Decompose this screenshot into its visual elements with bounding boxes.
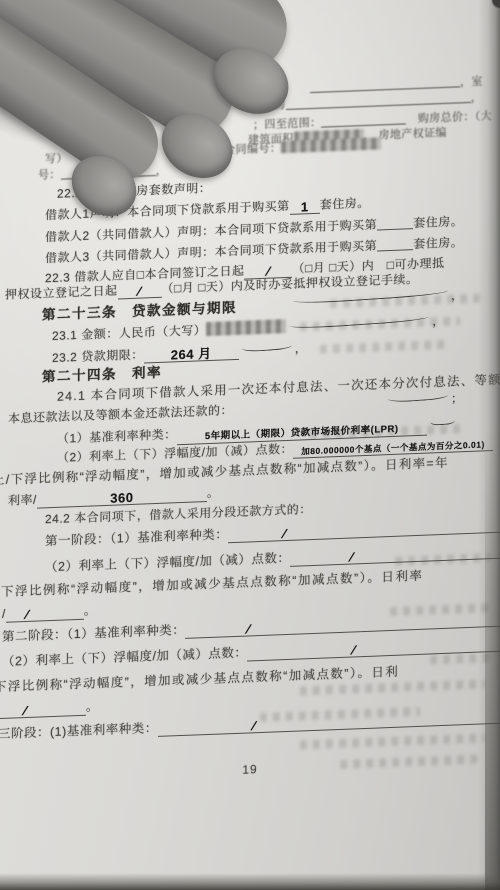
pen-stroke [289, 311, 429, 330]
printed-text: 套住房。 [320, 196, 370, 212]
bleed-through-mark [300, 733, 485, 749]
printed-text: 住房 [263, 99, 286, 112]
printed-text: ， [295, 341, 308, 355]
document-line: 本息还款法以及等额本金还款法还款的： [8, 403, 233, 427]
document-text-layer: 19 ，室住房，；四至范围： 购房总价：（大建筑面积． 房地产权证编写）（购房合… [0, 0, 500, 890]
printed-text: 写） [45, 152, 68, 165]
printed-text: 套住房。 [413, 214, 463, 230]
blank-underline [377, 236, 413, 251]
printed-text: ， [451, 288, 464, 302]
document-line: ∕。 [0, 699, 99, 719]
bleed-through-mark [320, 340, 450, 354]
handwritten-fill: 264 月 [144, 346, 239, 364]
printed-text: 号： [38, 169, 61, 182]
document-line: 号：， [38, 162, 167, 184]
blank-underline [321, 110, 406, 127]
printed-text: 押权设立登记之日起 [5, 283, 118, 301]
redaction-blur [206, 319, 286, 336]
printed-text: （□月 □天）内 □可办理抵 [292, 256, 444, 276]
printed-text: 。 [86, 699, 99, 713]
printed-text: 利率/ [8, 493, 37, 508]
printed-text: ， [156, 165, 167, 177]
document-line: 第二十三条 贷款金额与期限 [42, 300, 237, 322]
printed-text: 三阶段：(1)基准利率种类： [0, 721, 158, 741]
document-line: （购房合同编号： [190, 137, 381, 159]
document-line: /∕。 [2, 603, 96, 623]
paper-corner-mark [491, 0, 500, 9]
blank-underline [377, 215, 413, 230]
handwritten-fill: 1 [290, 200, 320, 215]
printed-text: 借款人1声明：本合同项下贷款系用于购买第 [45, 199, 290, 222]
blank-underline [61, 162, 156, 180]
printed-text: 第二十三条 贷款金额与期限 [42, 300, 237, 322]
printed-text: 第二阶段：（1）基准利率种类： [2, 623, 185, 644]
handwritten-fill: 加80.000000个基点（一个基点为百分之0.01) [293, 437, 493, 459]
handwritten-fill: ∕ [0, 702, 86, 719]
pen-stroke [388, 389, 448, 403]
pen-stroke [242, 339, 292, 352]
printed-text: ， [432, 314, 445, 328]
printed-text: 23.2 贷款期限： [52, 347, 144, 365]
document-photo: 19 ，室住房，；四至范围： 购房总价：（大建筑面积． 房地产权证编写）（购房合… [0, 0, 500, 890]
printed-text: 。 [84, 603, 97, 617]
paper-bottom-edge [0, 873, 500, 890]
document-line: 第二十四条 利率 [42, 365, 162, 385]
printed-text: （购房合同编号： [190, 142, 281, 158]
printed-text: 本息还款法以及等额本金还款法还款的： [8, 403, 233, 426]
printed-text: 23.1 金额：人民币（大写） [52, 323, 206, 343]
handwritten-fill: ∕ [118, 284, 162, 300]
handwritten-fill: ∕ [228, 517, 500, 543]
handwritten-fill: ∕ [6, 606, 84, 623]
printed-text: 。 [207, 486, 220, 500]
document-line: 23.2 贷款期限：264 月， [52, 339, 307, 367]
handwritten-fill: ∕ [185, 612, 500, 639]
handwritten-fill: 360 [37, 488, 207, 509]
pen-stroke [430, 414, 455, 426]
printed-text: 第一阶段：（1）基准利率种类： [45, 527, 228, 548]
document-line: 22.2 借款人住房套数声明： [57, 181, 211, 202]
printed-text: （2）利率上（下）浮幅度/加（减）点数： [45, 551, 290, 574]
printed-text: 第二十四条 利率 [42, 365, 162, 385]
redaction-blur [281, 137, 381, 153]
printed-text: 22.2 借款人住房套数声明： [57, 181, 211, 201]
printed-text: 套住房。 [413, 235, 463, 251]
printed-text: （2）利率上（下）浮幅度/加（减）点数： [2, 645, 247, 668]
printed-text: （1）基准利率种类： [57, 427, 177, 446]
paper-right-edge-shadow [485, 427, 500, 890]
document-line: ； [385, 389, 464, 409]
printed-text: ； [451, 391, 464, 405]
printed-text: ；四至范围： [253, 117, 321, 132]
